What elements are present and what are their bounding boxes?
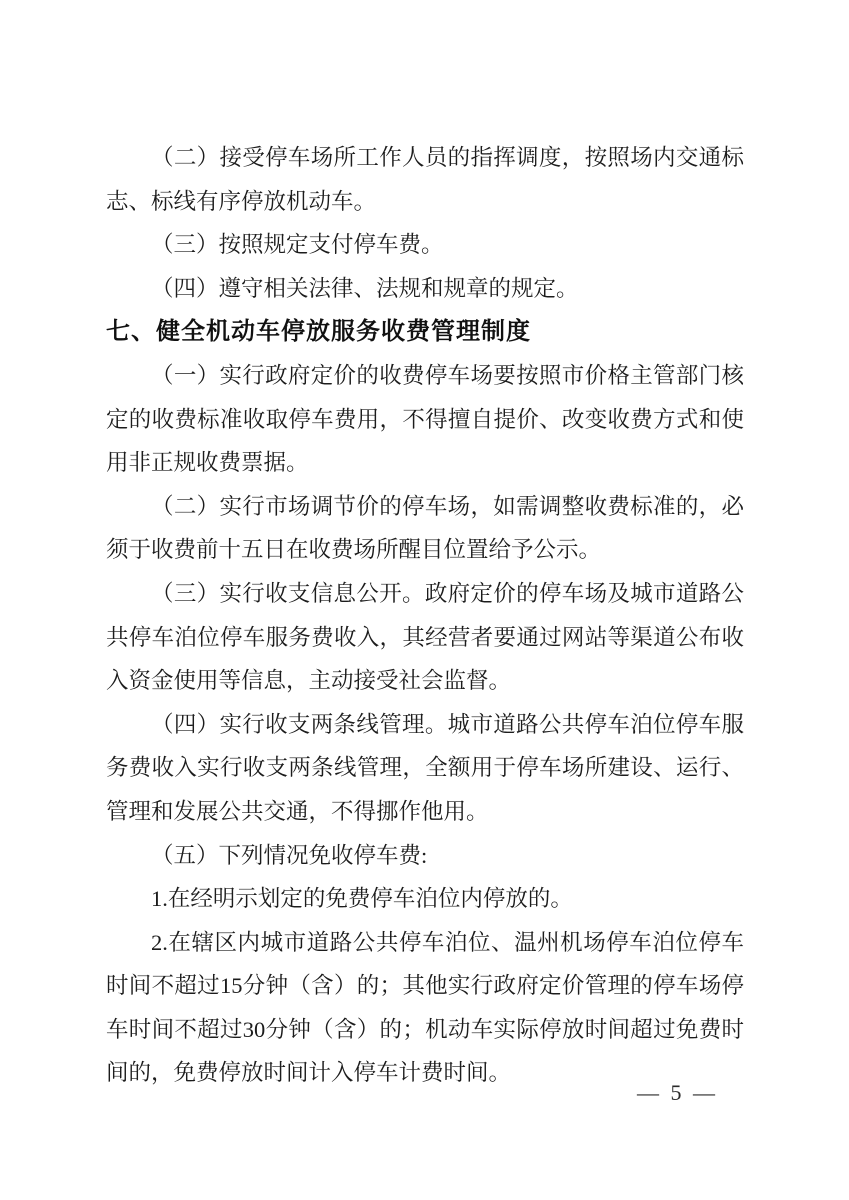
document-page: （二）接受停车场所工作人员的指挥调度，按照场内交通标志、标线有序停放机动车。 （… <box>0 0 849 1200</box>
paragraph-item-4-duty: （四）遵守相关法律、法规和规章的规定。 <box>106 267 744 311</box>
section-heading-seven: 七、健全机动车停放服务收费管理制度 <box>106 310 744 354</box>
paragraph-item-1-pricing: （一）实行政府定价的收费停车场要按照市价格主管部门核定的收费标准收取停车费用，不… <box>106 354 744 485</box>
list-item-1-free-berth: 1.在经明示划定的免费停车泊位内停放的。 <box>106 877 744 921</box>
paragraph-item-2-duty: （二）接受停车场所工作人员的指挥调度，按照场内交通标志、标线有序停放机动车。 <box>106 136 744 223</box>
paragraph-item-2-pricing: （二）实行市场调节价的停车场，如需调整收费标准的，必须于收费前十五日在收费场所醒… <box>106 485 744 572</box>
paragraph-item-4-management: （四）实行收支两条线管理。城市道路公共停车泊位停车服务费收入实行收支两条线管理，… <box>106 703 744 834</box>
paragraph-item-3-duty: （三）按照规定支付停车费。 <box>106 223 744 267</box>
paragraph-item-5-exemptions: （五）下列情况免收停车费: <box>106 834 744 878</box>
list-item-2-time-limits: 2.在辖区内城市道路公共停车泊位、温州机场停车泊位停车时间不超过15分钟（含）的… <box>106 921 744 1095</box>
paragraph-item-3-disclosure: （三）实行收支信息公开。政府定价的停车场及城市道路公共停车泊位停车服务费收入，其… <box>106 572 744 703</box>
page-number: — 5 — <box>637 1080 718 1106</box>
document-body: （二）接受停车场所工作人员的指挥调度，按照场内交通标志、标线有序停放机动车。 （… <box>106 136 744 1095</box>
